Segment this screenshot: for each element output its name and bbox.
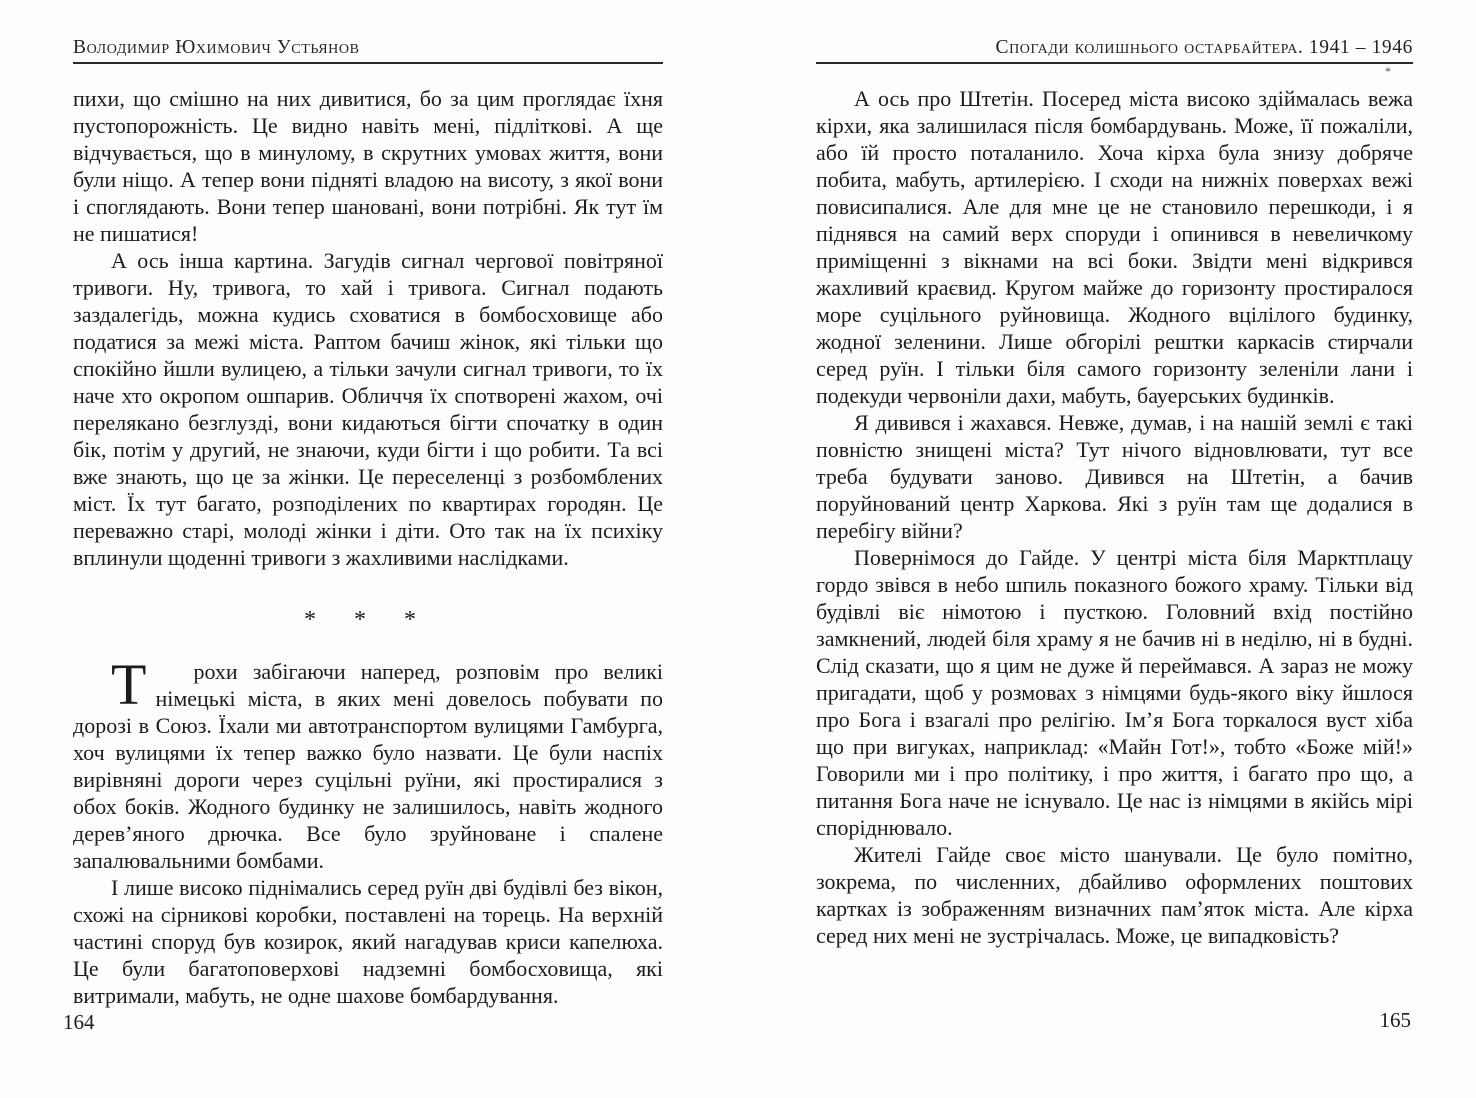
dropcap-paragraph-text: рохи забігаючи наперед, розповім про вел… — [73, 659, 663, 873]
section-separator: * * * — [73, 607, 663, 634]
paragraph-with-dropcap: Трохи забігаючи наперед, розповім про ве… — [73, 658, 663, 874]
right-running-header: Спогади колишнього остарбайтера. 1941 – … — [816, 36, 1413, 60]
paragraph: Я дивився і жахався. Невже, думав, і на … — [816, 409, 1413, 544]
paragraph: А ось інша картина. Загудів сигнал черго… — [73, 247, 663, 571]
paragraph-continuation: пихи, що смішно на них дивитися, бо за ц… — [73, 85, 663, 247]
right-page-number: 165 — [1380, 1008, 1412, 1033]
paragraph: І лише високо піднімались серед руїн дві… — [73, 874, 663, 1009]
left-header-rule — [73, 62, 663, 64]
right-page-body: А ось про Штетін. Посеред міста високо з… — [816, 85, 1413, 949]
dropcap-letter: Т — [73, 658, 155, 707]
book-spread: Володимир Юхимович Устьянов пихи, що смі… — [0, 0, 1476, 1098]
paragraph: Повернімося до Гайде. У центрі міста біл… — [816, 544, 1413, 841]
left-page: Володимир Юхимович Устьянов пихи, що смі… — [73, 36, 663, 1009]
paragraph: Жителі Гайде своє місто шанували. Це бул… — [816, 841, 1413, 949]
right-page: Спогади колишнього остарбайтера. 1941 – … — [816, 36, 1413, 949]
left-running-header: Володимир Юхимович Устьянов — [73, 36, 663, 60]
left-page-body: пихи, що смішно на них дивитися, бо за ц… — [73, 85, 663, 1009]
paragraph: А ось про Штетін. Посеред міста високо з… — [816, 85, 1413, 409]
scan-artifact-mark: * — [1385, 64, 1391, 79]
right-header-rule — [816, 62, 1413, 64]
left-page-number: 164 — [63, 1010, 95, 1035]
